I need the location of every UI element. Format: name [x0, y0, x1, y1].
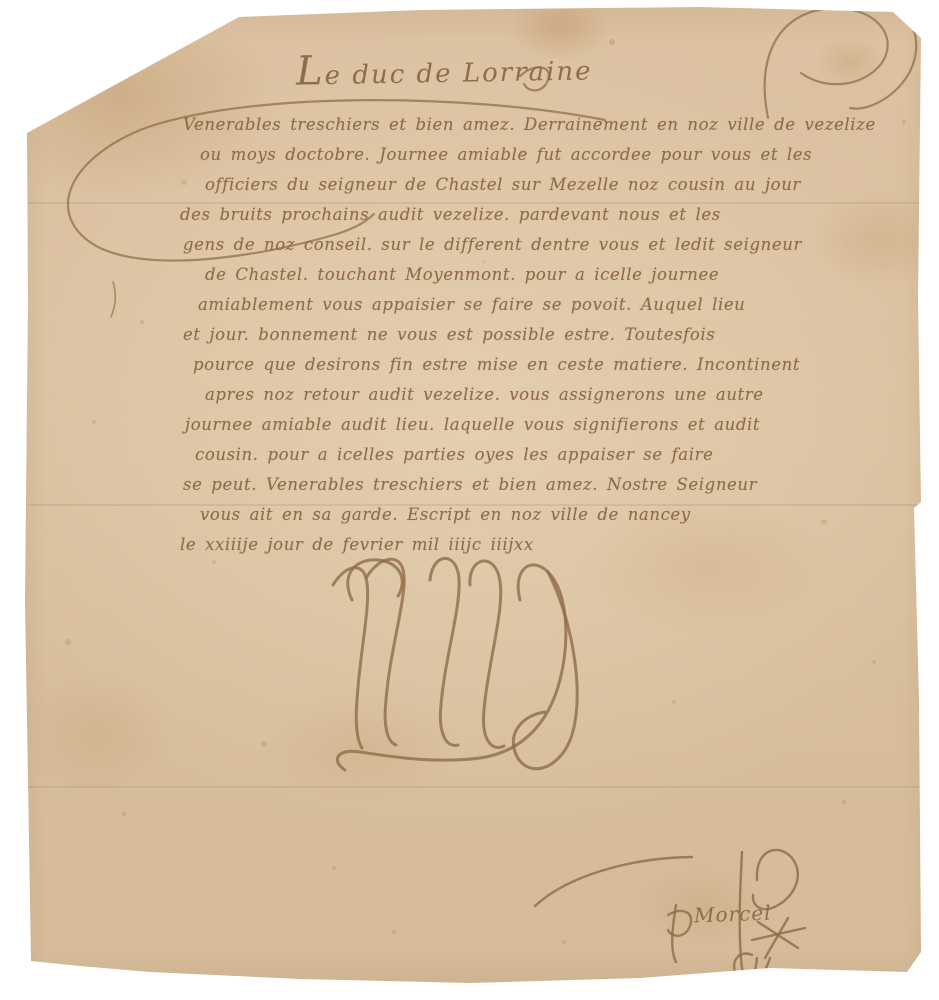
document-photo: Le duc de Lorraine Venerables treschiers… [0, 0, 939, 1000]
manuscript-line: officiers du seigneur de Chastel sur Mez… [205, 170, 880, 200]
letter-heading: Le duc de Lorraine [296, 43, 593, 94]
ducal-signature [366, 559, 404, 745]
secretary-paraph [734, 954, 770, 984]
secretary-paraph [672, 905, 676, 962]
header-flourish-icon [850, 8, 916, 109]
ink-mark-icon [111, 282, 115, 317]
letter-body: Venerables treschiers et bien amez. Derr… [180, 110, 880, 560]
ducal-signature [513, 572, 577, 769]
manuscript-line: journee amiable audit lieu. laquelle vou… [185, 410, 880, 440]
header-flourish-icon [765, 8, 888, 118]
secretary-paraph [752, 928, 805, 940]
manuscript-line: le xxiiije jour de fevrier mil iiijc iii… [180, 530, 880, 560]
manuscript-line: et jour. bonnement ne vous est possible … [183, 320, 880, 350]
manuscript-line: des bruits prochains audit vezelize. par… [180, 200, 880, 230]
manuscript-line: Venerables treschiers et bien amez. Derr… [183, 110, 880, 140]
manuscript-line: apres noz retour audit vezelize. vous as… [205, 380, 880, 410]
manuscript-line: vous ait en sa garde. Escript en noz vil… [200, 500, 880, 530]
ducal-signature [348, 560, 402, 600]
secretary-paraph [535, 857, 692, 906]
ducal-signature [337, 565, 566, 770]
ducal-signature [470, 561, 504, 748]
secretary-paraph [668, 911, 691, 936]
ducal-signature [430, 558, 459, 745]
manuscript-line: ou moys doctobre. Journee amiable fut ac… [200, 140, 880, 170]
manuscript-line: amiablement vous appaisier se faire se p… [198, 290, 880, 320]
manuscript-line: de Chastel. touchant Moyenmont. pour a i… [205, 260, 880, 290]
foxing-specks [0, 0, 4, 4]
ducal-signature [333, 568, 368, 748]
manuscript-paper: Le duc de Lorraine Venerables treschiers… [0, 0, 939, 1000]
manuscript-line: cousin. pour a icelles parties oyes les … [195, 440, 880, 470]
manuscript-line: se peut. Venerables treschiers et bien a… [183, 470, 880, 500]
manuscript-line: pource que desirons fin estre mise en ce… [193, 350, 880, 380]
manuscript-line: gens de noz conseil. sur le different de… [183, 230, 880, 260]
countersignature: Morcel [694, 901, 772, 928]
fold-crease [28, 786, 919, 789]
secretary-paraph [758, 922, 798, 948]
